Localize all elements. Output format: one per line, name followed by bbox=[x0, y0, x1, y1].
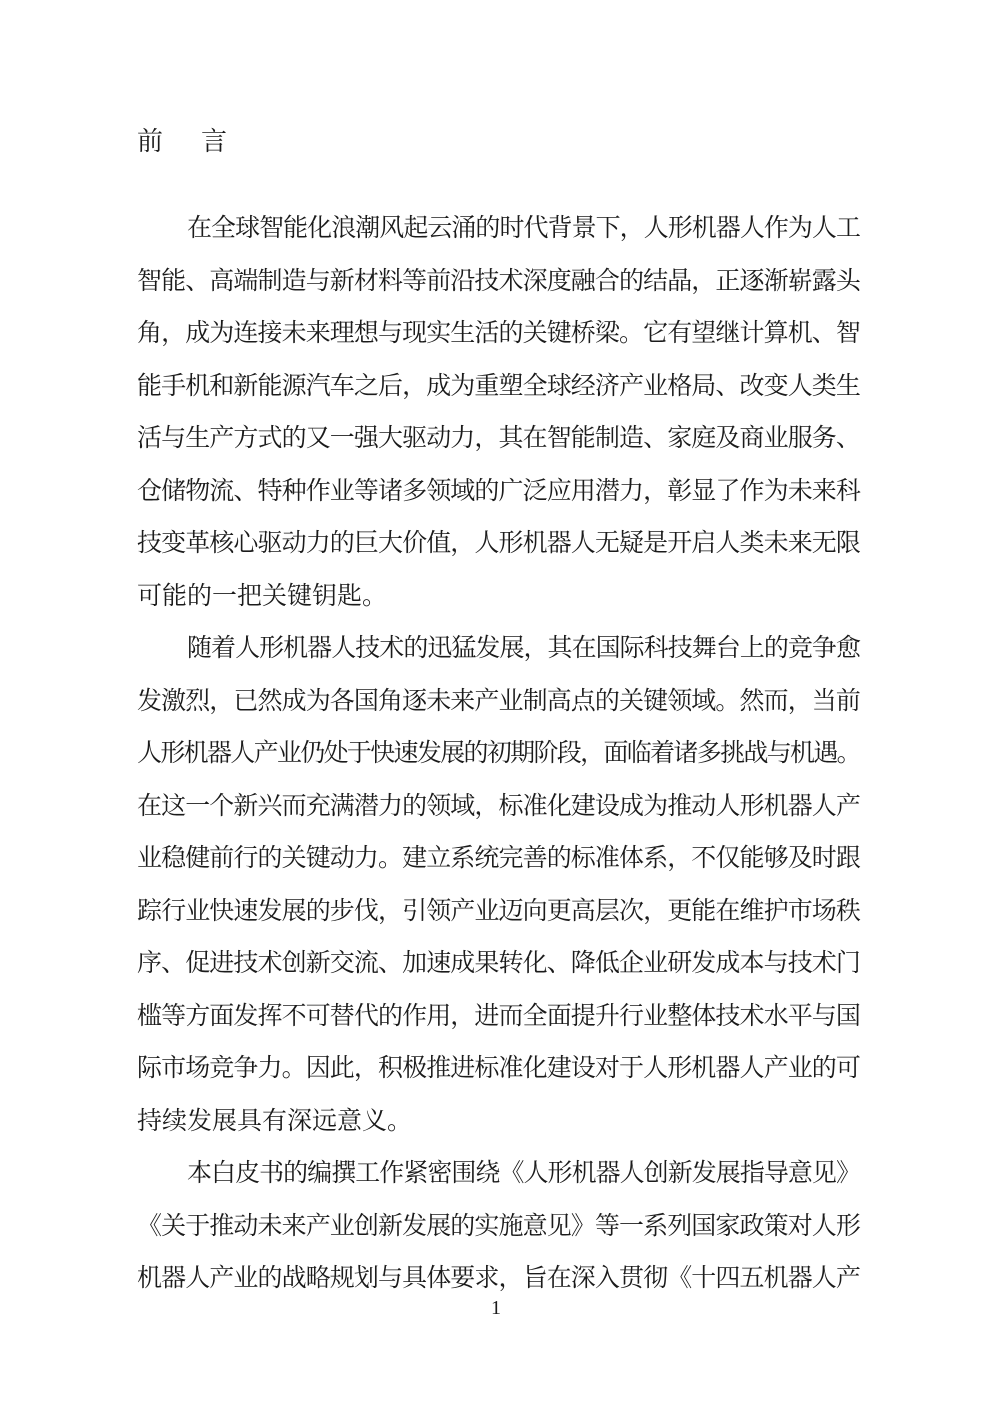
text-line: 持续发展具有深远意义。 bbox=[137, 1096, 860, 1149]
text-line: 序、促进技术创新交流、加速成果转化、降低企业研发成本与技术门 bbox=[137, 938, 860, 991]
text-line: 技变革核心驱动力的巨大价值，人形机器人无疑是开启人类未来无限 bbox=[137, 518, 860, 571]
text-line: 可能的一把关键钥匙。 bbox=[137, 571, 860, 624]
text-line: 际市场竞争力。因此，积极推进标准化建设对于人形机器人产业的可 bbox=[137, 1043, 860, 1096]
text-line: 本白皮书的编撰工作紧密围绕《人形机器人创新发展指导意见》 bbox=[137, 1148, 860, 1201]
text-line: 随着人形机器人技术的迅猛发展，其在国际科技舞台上的竞争愈 bbox=[137, 623, 860, 676]
text-line: 人形机器人产业仍处于快速发展的初期阶段，面临着诸多挑战与机遇。 bbox=[137, 728, 860, 781]
text-line: 在这一个新兴而充满潜力的领域，标准化建设成为推动人形机器人产 bbox=[137, 781, 860, 834]
text-line: 踪行业快速发展的步伐，引领产业迈向更高层次，更能在维护市场秩 bbox=[137, 886, 860, 939]
text-line: 发激烈，已然成为各国角逐未来产业制高点的关键领域。然而，当前 bbox=[137, 676, 860, 729]
page-number: 1 bbox=[0, 1288, 992, 1328]
text-line: 活与生产方式的又一强大驱动力，其在智能制造、家庭及商业服务、 bbox=[137, 413, 860, 466]
text-line: 在全球智能化浪潮风起云涌的时代背景下，人形机器人作为人工 bbox=[137, 203, 860, 256]
document-body: 在全球智能化浪潮风起云涌的时代背景下，人形机器人作为人工智能、高端制造与新材料等… bbox=[137, 203, 860, 1306]
text-line: 槛等方面发挥不可替代的作用，进而全面提升行业整体技术水平与国 bbox=[137, 991, 860, 1044]
text-line: 智能、高端制造与新材料等前沿技术深度融合的结晶，正逐渐崭露头 bbox=[137, 256, 860, 309]
text-line: 业稳健前行的关键动力。建立系统完善的标准体系，不仅能够及时跟 bbox=[137, 833, 860, 886]
text-line: 能手机和新能源汽车之后，成为重塑全球经济产业格局、改变人类生 bbox=[137, 361, 860, 414]
text-line: 仓储物流、特种作业等诸多领域的广泛应用潜力，彰显了作为未来科 bbox=[137, 466, 860, 519]
text-line: 《关于推动未来产业创新发展的实施意见》等一系列国家政策对人形 bbox=[137, 1201, 860, 1254]
document-page: 前 言 在全球智能化浪潮风起云涌的时代背景下，人形机器人作为人工智能、高端制造与… bbox=[0, 0, 992, 1403]
text-line: 角，成为连接未来理想与现实生活的关键桥梁。它有望继计算机、智 bbox=[137, 308, 860, 361]
page-title: 前 言 bbox=[137, 124, 233, 160]
